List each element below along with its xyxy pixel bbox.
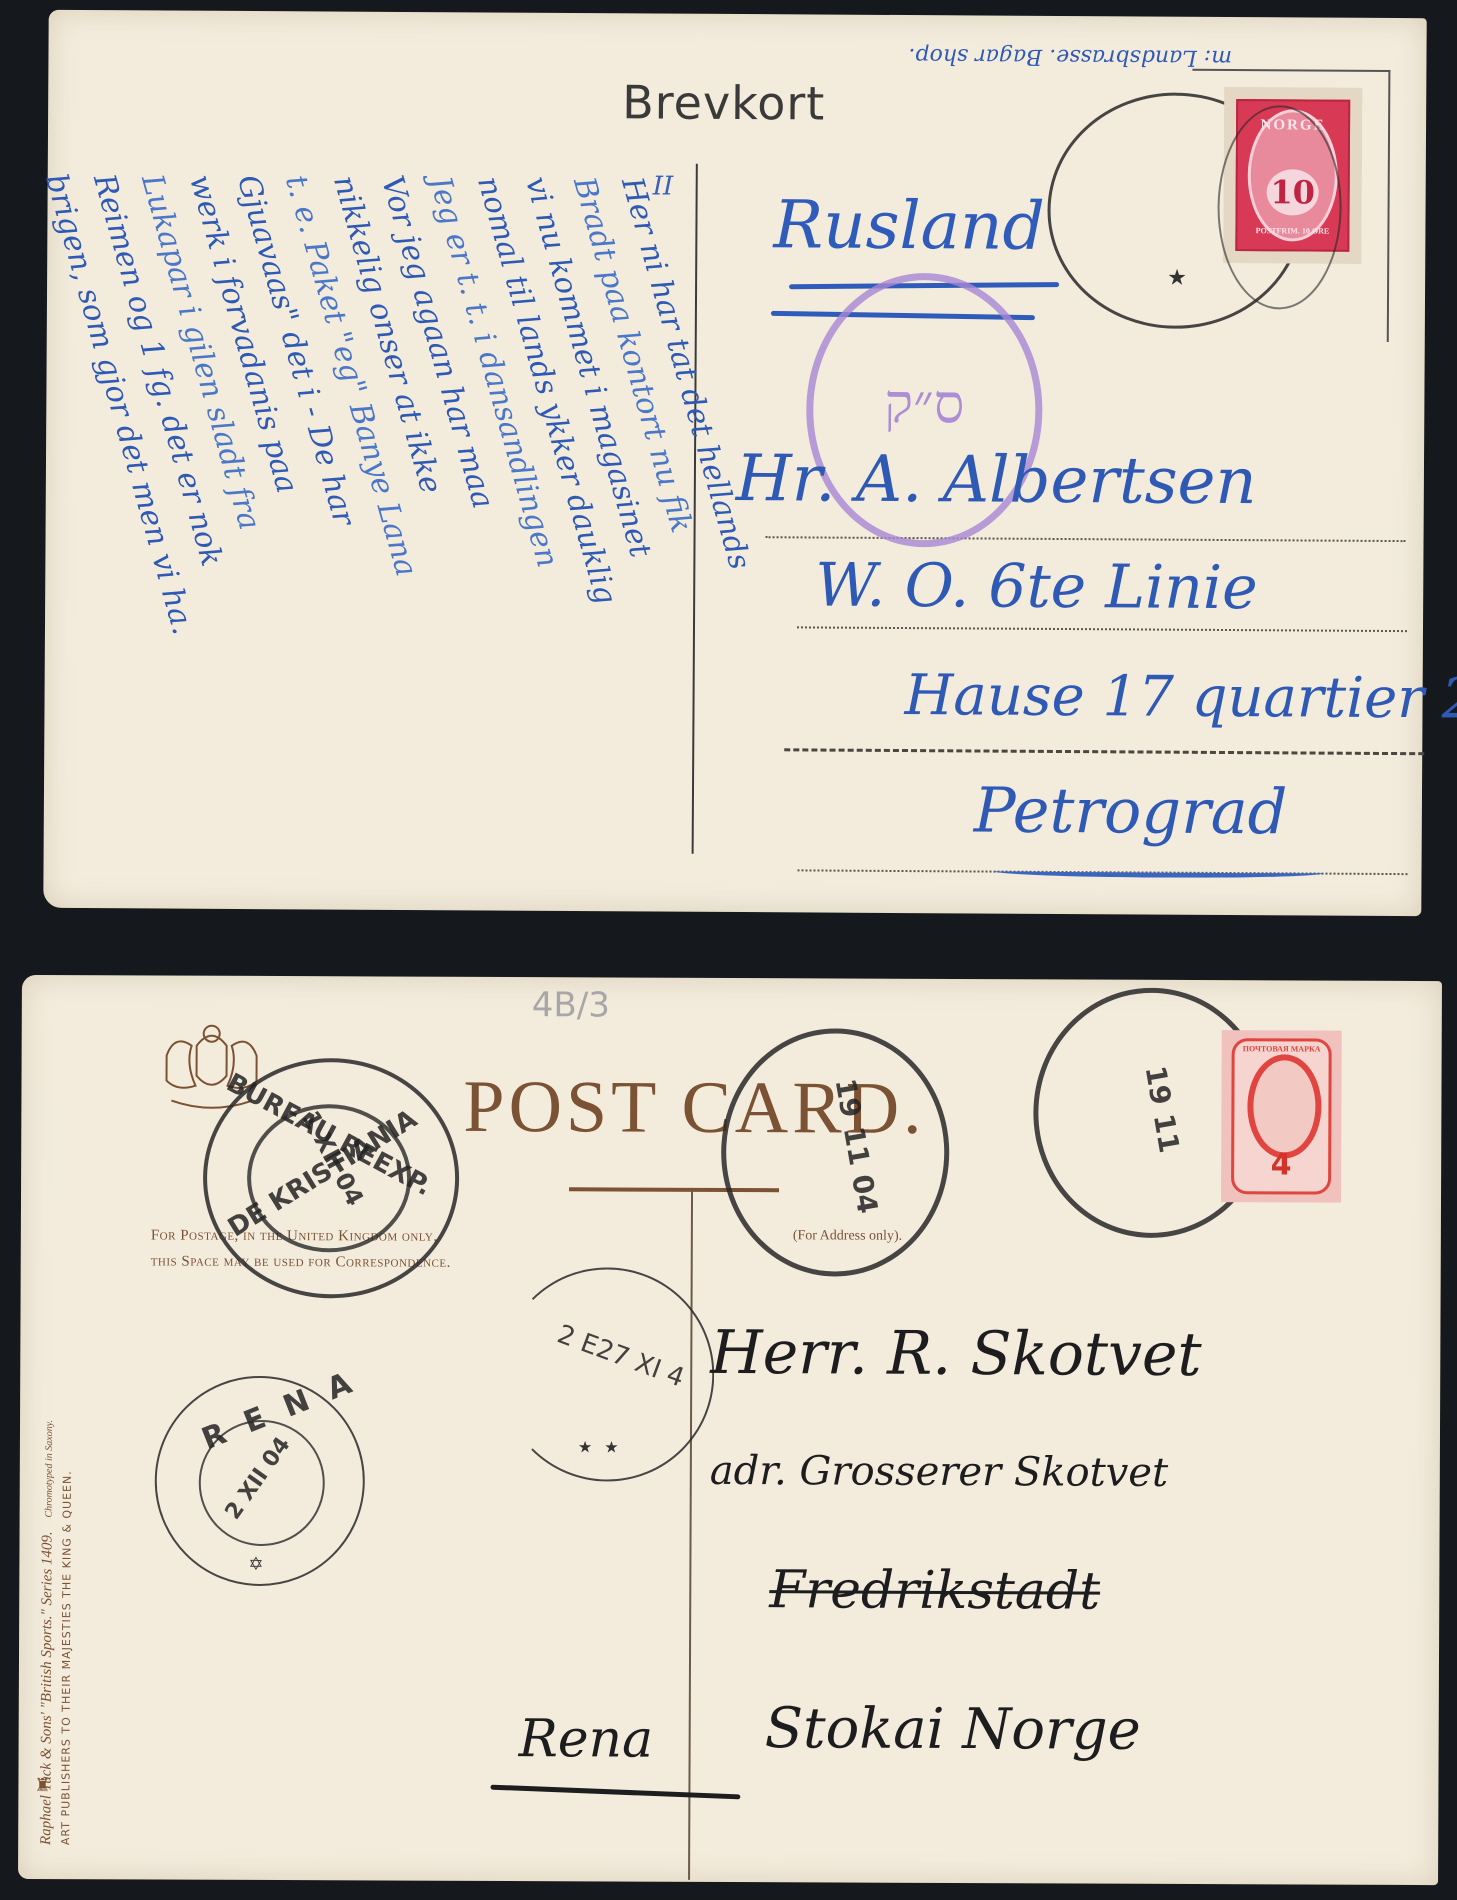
publisher-line-2: ART PUBLISHERS TO THEIR MAJESTIES THE KI… — [59, 965, 76, 1845]
address-line-rule — [784, 748, 1424, 755]
stamp-legend: ПОЧТОВАЯ МАРКА — [1222, 1044, 1342, 1054]
postmark-star-icon: ★ — [1167, 265, 1187, 291]
postmark-star-icon: ✡ — [248, 1554, 263, 1575]
postmark-rena: RENA 2 XII 04 ✡ — [154, 1375, 365, 1586]
address-line-rule — [766, 536, 1406, 542]
publisher-easel-logo-icon: ♜ — [34, 1775, 50, 1796]
postmark-russian-1-date: 19 11 04 — [829, 1076, 885, 1216]
postcard-post-card: 4B/3 Raphael Tuck & Sons' "British Sport… — [18, 975, 1442, 1885]
address-line-rule — [797, 626, 1407, 632]
postmark-transit: 2 E27 XI 4 ★ ★ — [500, 1267, 715, 1482]
postcard-brevkort: m: Landsbrasse. Bagar shop. Brevkort II … — [43, 10, 1426, 916]
censor-mark-text: ס״ק — [813, 371, 1035, 435]
redirect-label: Rena — [519, 1709, 654, 1770]
publisher-line-1: Raphael Tuck & Sons' "British Sports." S… — [38, 1531, 55, 1845]
postmark-transit-date: 2 E27 XI 4 — [553, 1319, 688, 1393]
address-line-2: W. O. 6te Linie — [815, 550, 1258, 623]
postmark-star-icon: ★ ★ — [578, 1437, 619, 1457]
redirect-underline — [490, 1785, 740, 1800]
stamp-value: 4 — [1221, 1147, 1341, 1183]
inverted-sender-note: m: Landsbrasse. Bagar shop. — [908, 43, 1232, 70]
address-line-1: Hr. A. Albertsen — [736, 442, 1257, 519]
postmark-bureau-reexp: BUREAU REEXP. DE KRISTIANIA 1 XII 04 — [203, 1058, 460, 1299]
publisher-imprint: Raphael Tuck & Sons' "British Sports." S… — [38, 965, 76, 1845]
postmark-russian-1: 19 11 04 — [721, 1028, 950, 1277]
address-line-4: Petrograd — [974, 773, 1288, 848]
wavy-underline — [993, 866, 1323, 879]
publisher-chromo: Chromotyped in Saxony. — [44, 1420, 55, 1518]
card-divider — [688, 1190, 693, 1880]
postmark-cancel-ring — [1217, 105, 1342, 310]
message-block: Her ni har tat det hellandsBradt paa kon… — [4, 50, 709, 854]
address-line-3-struck: Fredrikstadt — [769, 1560, 1100, 1621]
address-line-1: Herr. R. Skotvet — [710, 1318, 1202, 1390]
destination-country: Rusland — [773, 186, 1045, 265]
postmark-russian-2-date: 19 11 — [1139, 1063, 1186, 1155]
pencil-note: 4B/3 — [532, 985, 610, 1025]
address-line-2: adr. Grosserer Skotvet — [710, 1448, 1168, 1496]
address-line-4: Stokai Norge — [765, 1696, 1141, 1763]
address-line-3: Hause 17 quartier 2 — [904, 663, 1457, 731]
stamp-russia-4-kop: ПОЧТОВАЯ МАРКА 4 — [1221, 1030, 1342, 1203]
